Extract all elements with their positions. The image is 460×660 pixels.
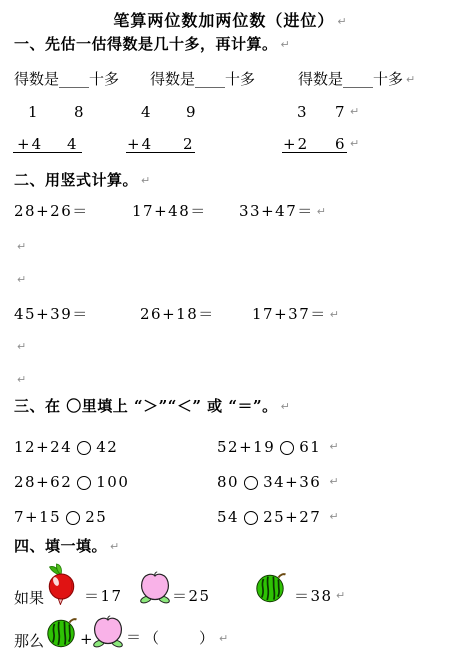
- radish-icon: [46, 563, 76, 605]
- section2-heading-text: 二、用竖式计算。: [14, 171, 138, 189]
- comparison-circle: [244, 476, 258, 490]
- radish-value: ＝17: [84, 588, 123, 605]
- comparison-circle: [77, 441, 91, 455]
- peach-value: ＝25: [172, 588, 211, 605]
- comparison-circle: [66, 511, 80, 525]
- paragraph-mark: ↵: [330, 308, 339, 321]
- vp3-sum-line: [282, 152, 347, 153]
- equation-33-47: 33+47＝↵: [239, 203, 326, 220]
- estimate-label-3: 得数是____十多↵: [298, 71, 415, 88]
- paragraph-mark: ↵: [17, 241, 26, 254]
- equation-17-48: 17+48＝: [132, 203, 207, 220]
- vp2-sum-line: [126, 152, 195, 153]
- equation-45-39: 45+39＝: [14, 306, 89, 323]
- equation-28-26: 28+26＝: [14, 203, 89, 220]
- paragraph-mark: ↵: [281, 400, 290, 413]
- compare-item-80-34-36: 8034+36↵: [217, 474, 339, 491]
- page-title: 笔算两位数加两位数（进位）↵: [0, 8, 460, 31]
- vp1-add-ones: 4: [67, 136, 79, 153]
- page-title-text: 笔算两位数加两位数（进位）: [113, 11, 334, 30]
- vp1-add-tens: +4: [17, 136, 43, 153]
- equation-17-37: 17+37＝↵: [252, 306, 339, 323]
- if-label: 如果: [14, 590, 44, 607]
- watermelon-value: ＝38: [294, 588, 333, 605]
- paragraph-mark: ↵: [336, 590, 345, 603]
- section3-heading: 三、在 〇里填上 “＞”“＜” 或 “＝”。↵: [14, 398, 290, 415]
- vp1-top-tens: 1: [28, 104, 40, 121]
- paragraph-mark: ↵: [337, 15, 346, 28]
- paragraph-mark: ↵: [350, 106, 359, 119]
- paragraph-mark: ↵: [17, 374, 26, 387]
- section4-heading-text: 四、填一填。: [14, 537, 107, 555]
- paragraph-mark: ↵: [110, 540, 119, 553]
- compare-item-12-24-42: 12+2442: [14, 439, 118, 456]
- comparison-circle: [244, 511, 258, 525]
- peach-icon: [92, 614, 124, 648]
- estimate-label-2: 得数是____十多: [150, 71, 255, 88]
- paragraph-mark: ↵: [17, 341, 26, 354]
- comparison-circle: [77, 476, 91, 490]
- vp3-add-ones: 6: [335, 136, 347, 153]
- paragraph-mark: ↵: [219, 633, 228, 646]
- then-label: 那么: [14, 633, 44, 650]
- peach-icon: [139, 570, 171, 604]
- estimate-label-1: 得数是____十多: [14, 71, 119, 88]
- compare-item-28-62-100: 28+62100: [14, 474, 129, 491]
- compare-item-54-25-27: 5425+27↵: [217, 509, 339, 526]
- open-paren: （: [144, 630, 159, 647]
- vp1-top-ones: 8: [74, 104, 86, 121]
- vp3-add-tens: +2: [283, 136, 309, 153]
- paragraph-mark: ↵: [329, 441, 338, 454]
- vp2-add-tens: +4: [127, 136, 153, 153]
- paragraph-mark: ↵: [350, 138, 359, 151]
- worksheet-page: 笔算两位数加两位数（进位）↵ 一、先估一估得数是几十多，再计算。↵ 得数是___…: [0, 0, 460, 660]
- comparison-circle: [280, 441, 294, 455]
- section1-heading: 一、先估一估得数是几十多，再计算。↵: [14, 36, 290, 53]
- paragraph-mark: ↵: [317, 205, 326, 218]
- paragraph-mark: ↵: [17, 274, 26, 287]
- close-paren: ）: [199, 630, 214, 647]
- paragraph-mark: ↵: [329, 476, 338, 489]
- vp3-top-tens: 3: [297, 104, 309, 121]
- paragraph-mark: ↵: [329, 511, 338, 524]
- section4-heading: 四、填一填。↵: [14, 538, 119, 555]
- vp1-sum-line: [13, 152, 82, 153]
- equals-sign: ＝: [126, 629, 143, 646]
- section1-heading-text: 一、先估一估得数是几十多，再计算。: [14, 35, 278, 53]
- section3-heading-text: 三、在 〇里填上 “＞”“＜” 或 “＝”。: [14, 397, 278, 415]
- compare-item-52-19-61: 52+1961↵: [217, 439, 339, 456]
- watermelon-icon: [255, 571, 287, 603]
- paragraph-mark: ↵: [406, 73, 415, 86]
- vp2-top-tens: 4: [141, 104, 153, 121]
- vp2-add-ones: 2: [183, 136, 195, 153]
- paragraph-mark: ↵: [141, 174, 150, 187]
- vp3-top-ones: 7: [335, 104, 347, 121]
- compare-item-7-15-25: 7+1525: [14, 509, 107, 526]
- watermelon-icon: [46, 616, 78, 648]
- equation-26-18: 26+18＝: [140, 306, 215, 323]
- vp2-top-ones: 9: [186, 104, 198, 121]
- section2-heading: 二、用竖式计算。↵: [14, 172, 150, 189]
- paragraph-mark: ↵: [281, 38, 290, 51]
